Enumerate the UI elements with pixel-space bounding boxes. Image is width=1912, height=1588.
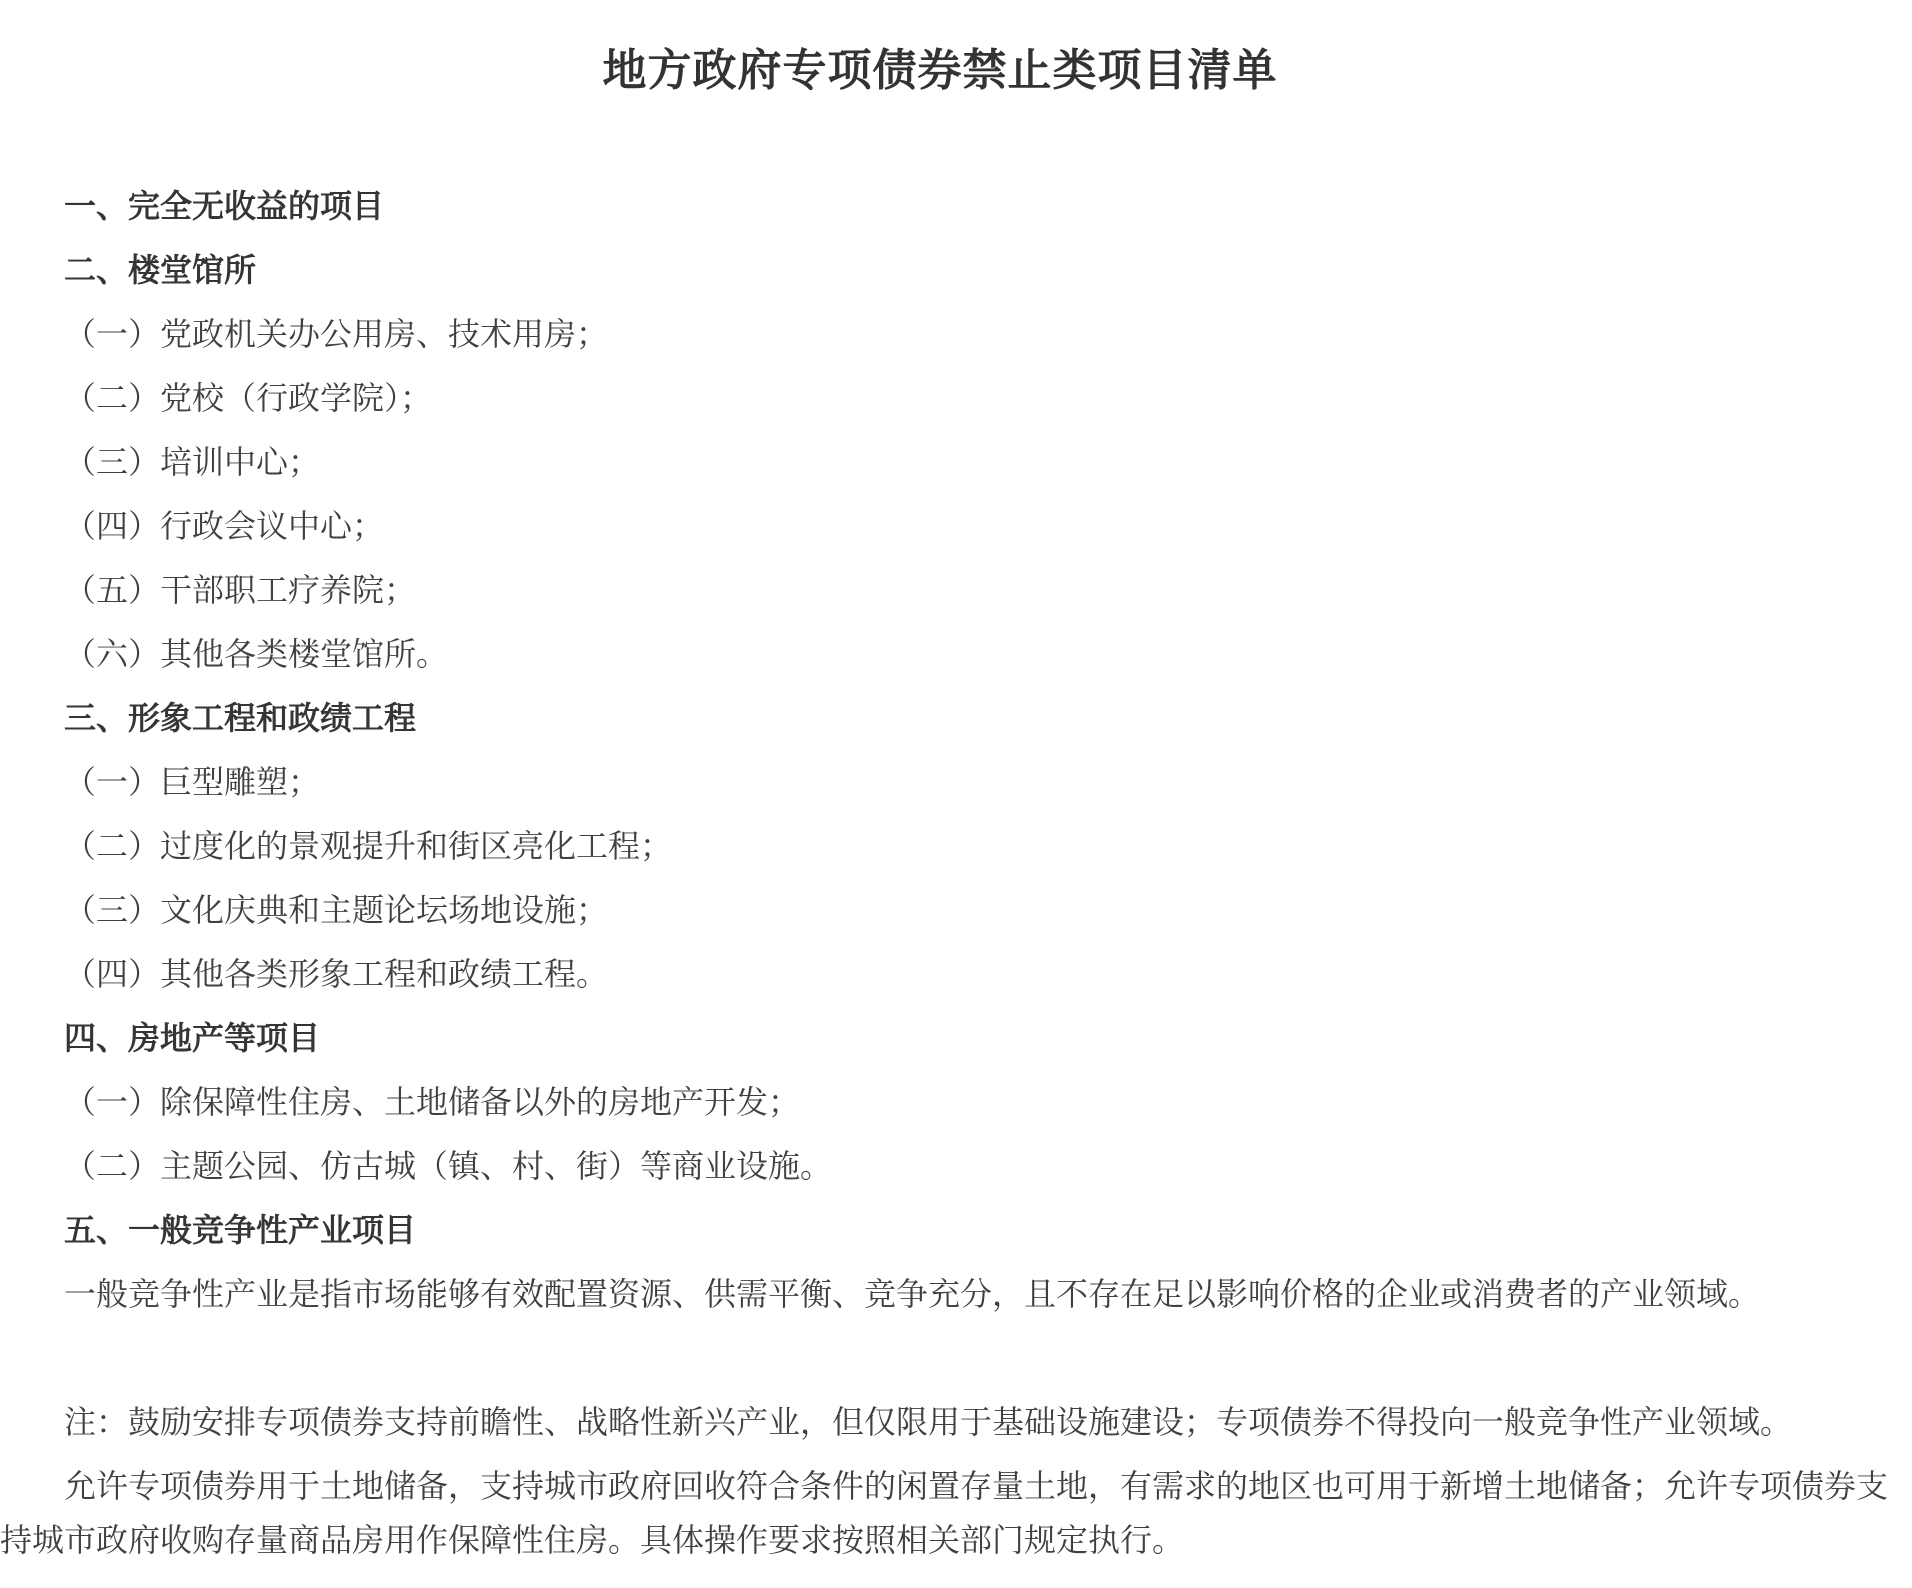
list-item: （一）巨型雕塑； (0, 755, 1912, 809)
section-heading: 一、完全无收益的项目 (0, 179, 1912, 233)
list-item: （一）党政机关办公用房、技术用房； (0, 307, 1912, 361)
list-item: （二）主题公园、仿古城（镇、村、街）等商业设施。 (0, 1139, 1912, 1193)
list-item: （一）除保障性住房、土地储备以外的房地产开发； (0, 1075, 1912, 1129)
section-heading: 四、房地产等项目 (0, 1011, 1912, 1065)
note-paragraph: 注：鼓励安排专项债券支持前瞻性、战略性新兴产业，但仅限用于基础设施建设；专项债券… (0, 1395, 1912, 1449)
list-item: （三）文化庆典和主题论坛场地设施； (0, 883, 1912, 937)
list-item: （四）行政会议中心； (0, 499, 1912, 553)
list-item: （二）党校（行政学院）； (0, 371, 1912, 425)
list-item: （五）干部职工疗养院； (0, 563, 1912, 617)
document-page: 地方政府专项债券禁止类项目清单 一、完全无收益的项目二、楼堂馆所（一）党政机关办… (0, 0, 1912, 1588)
blank-line (0, 1331, 1912, 1385)
list-item: （六）其他各类楼堂馆所。 (0, 627, 1912, 681)
note-paragraph: 允许专项债券用于土地储备，支持城市政府回收符合条件的闲置存量土地，有需求的地区也… (0, 1459, 1912, 1567)
list-item: （三）培训中心； (0, 435, 1912, 489)
list-item: （四）其他各类形象工程和政绩工程。 (0, 947, 1912, 1001)
section-heading: 三、形象工程和政绩工程 (0, 691, 1912, 745)
list-item: （二）过度化的景观提升和街区亮化工程； (0, 819, 1912, 873)
paragraph-list: 一、完全无收益的项目二、楼堂馆所（一）党政机关办公用房、技术用房；（二）党校（行… (0, 179, 1912, 1567)
section-heading: 五、一般竞争性产业项目 (0, 1203, 1912, 1257)
page-title: 地方政府专项债券禁止类项目清单 (0, 44, 1880, 97)
list-item: 一般竞争性产业是指市场能够有效配置资源、供需平衡、竞争充分，且不存在足以影响价格… (0, 1267, 1912, 1321)
section-heading: 二、楼堂馆所 (0, 243, 1912, 297)
